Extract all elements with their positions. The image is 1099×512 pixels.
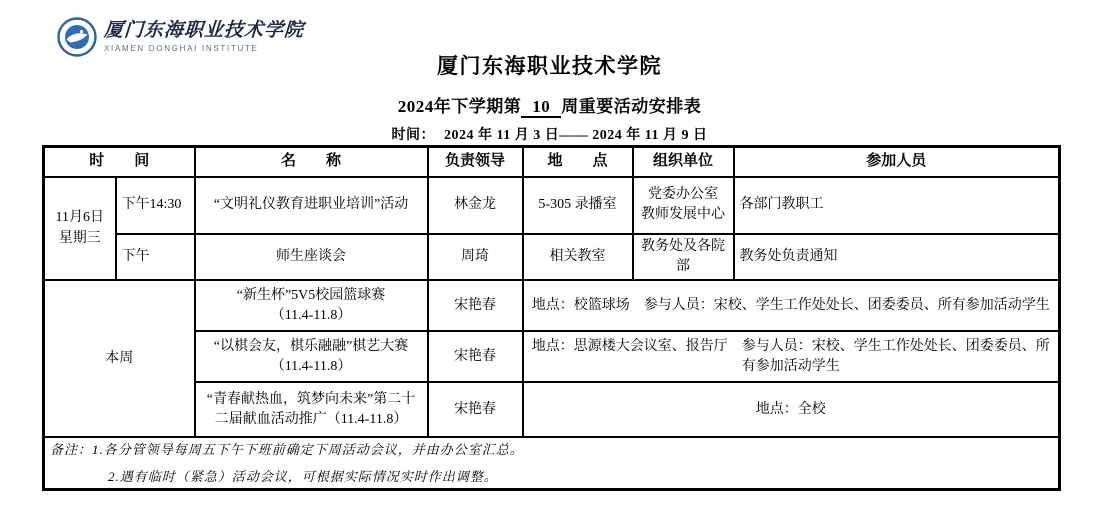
- subtitle-prefix: 2024年下学期第: [398, 97, 522, 116]
- cell-participants: 各部门教职工: [734, 177, 1060, 234]
- date-range-label: 时间：: [392, 128, 436, 143]
- date-range-line: 时间：2024 年 11 月 3 日—— 2024 年 11 月 9 日: [0, 124, 1099, 144]
- table-row: “青春献热血，筑梦向未来”第二十二届献血活动推广（11.4-11.8） 宋艳春 …: [44, 382, 1060, 437]
- cell-organizer: 党委办公室 教师发展中心: [633, 177, 734, 234]
- column-header-participants: 参加人员: [734, 147, 1060, 177]
- cell-activity-name: “青春献热血，筑梦向未来”第二十二届献血活动推广（11.4-11.8）: [195, 382, 428, 437]
- cell-participants: 教务处负责通知: [734, 234, 1060, 281]
- cell-activity-name: “以棋会友，棋乐融融”棋艺大赛 （11.4-11.8）: [195, 331, 428, 382]
- cell-location: 相关教室: [523, 234, 633, 281]
- cell-leader: 林金龙: [428, 177, 523, 234]
- document-page: { "logo": { "cn_name": "厦门东海职业技术学院", "en…: [0, 0, 1099, 512]
- cell-leader: 周琦: [428, 234, 523, 281]
- date-range-value: 2024 年 11 月 3 日—— 2024 年 11 月 9 日: [444, 128, 707, 143]
- cell-organizer: 教务处及各院 部: [633, 234, 734, 281]
- cell-date: 11月6日 星期三: [44, 177, 116, 281]
- table-row: 本周 “新生杯”5V5校园篮球赛 （11.4-11.8） 宋艳春 地点：校篮球场…: [44, 280, 1060, 331]
- document-title: 厦门东海职业技术学院: [0, 50, 1099, 80]
- school-logo-text: 厦门东海职业技术学院 XIAMEN DONGHAI INSTITUTE: [104, 21, 304, 53]
- column-header-name: 名 称: [195, 147, 428, 177]
- table-row: 下午 师生座谈会 周琦 相关教室 教务处及各院 部 教务处负责通知: [44, 234, 1060, 281]
- notes-label: 备注：: [50, 442, 92, 457]
- subtitle-suffix: 周重要活动安排表: [561, 97, 701, 116]
- cell-details: 地点：校篮球场 参与人员：宋校、学生工作处处长、团委委员、所有参加活动学生: [523, 280, 1060, 331]
- table-row: 11月6日 星期三 下午14:30 “文明礼仪教育进职业培训”活动 林金龙 5-…: [44, 177, 1060, 234]
- note-line-1: 备注：1.各分管领导每周五下午下班前确定下周活动会议，并由办公室汇总。: [50, 441, 1053, 459]
- cell-leader: 宋艳春: [428, 382, 523, 437]
- cell-activity-name: “新生杯”5V5校园篮球赛 （11.4-11.8）: [195, 280, 428, 331]
- column-header-organizer: 组织单位: [633, 147, 734, 177]
- notes-cell: 备注：1.各分管领导每周五下午下班前确定下周活动会议，并由办公室汇总。 2.遇有…: [44, 437, 1060, 489]
- cell-details: 地点：思源楼大会议室、报告厅 参与人员：宋校、学生工作处处长、团委委员、所有参加…: [523, 331, 1060, 382]
- cell-location: 5-305 录播室: [523, 177, 633, 234]
- cell-leader: 宋艳春: [428, 331, 523, 382]
- note-item: 1.各分管领导每周五下午下班前确定下周活动会议，并由办公室汇总。: [92, 442, 524, 457]
- week-number: 10: [521, 97, 561, 118]
- cell-date: 本周: [44, 280, 195, 437]
- cell-leader: 宋艳春: [428, 280, 523, 331]
- cell-time: 下午: [116, 234, 195, 281]
- table-header-row: 时 间 名 称 负责领导 地 点 组织单位 参加人员: [44, 147, 1060, 177]
- notes-row: 备注：1.各分管领导每周五下午下班前确定下周活动会议，并由办公室汇总。 2.遇有…: [44, 437, 1060, 489]
- table-row: “以棋会友，棋乐融融”棋艺大赛 （11.4-11.8） 宋艳春 地点：思源楼大会…: [44, 331, 1060, 382]
- column-header-location: 地 点: [523, 147, 633, 177]
- document-subtitle: 2024年下学期第10周重要活动安排表: [0, 92, 1099, 117]
- cell-activity-name: 师生座谈会: [195, 234, 428, 281]
- school-logo-cn-name: 厦门东海职业技术学院: [103, 21, 304, 42]
- column-header-leader: 负责领导: [428, 147, 523, 177]
- schedule-table: 时 间 名 称 负责领导 地 点 组织单位 参加人员 11月6日 星期三 下午1…: [42, 145, 1061, 491]
- cell-activity-name: “文明礼仪教育进职业培训”活动: [195, 177, 428, 234]
- column-header-time: 时 间: [44, 147, 195, 177]
- cell-time: 下午14:30: [116, 177, 195, 234]
- note-line-2: 2.遇有临时（紧急）活动会议，可根据实际情况实时作出调整。: [108, 468, 1053, 486]
- cell-details: 地点：全校: [523, 382, 1060, 437]
